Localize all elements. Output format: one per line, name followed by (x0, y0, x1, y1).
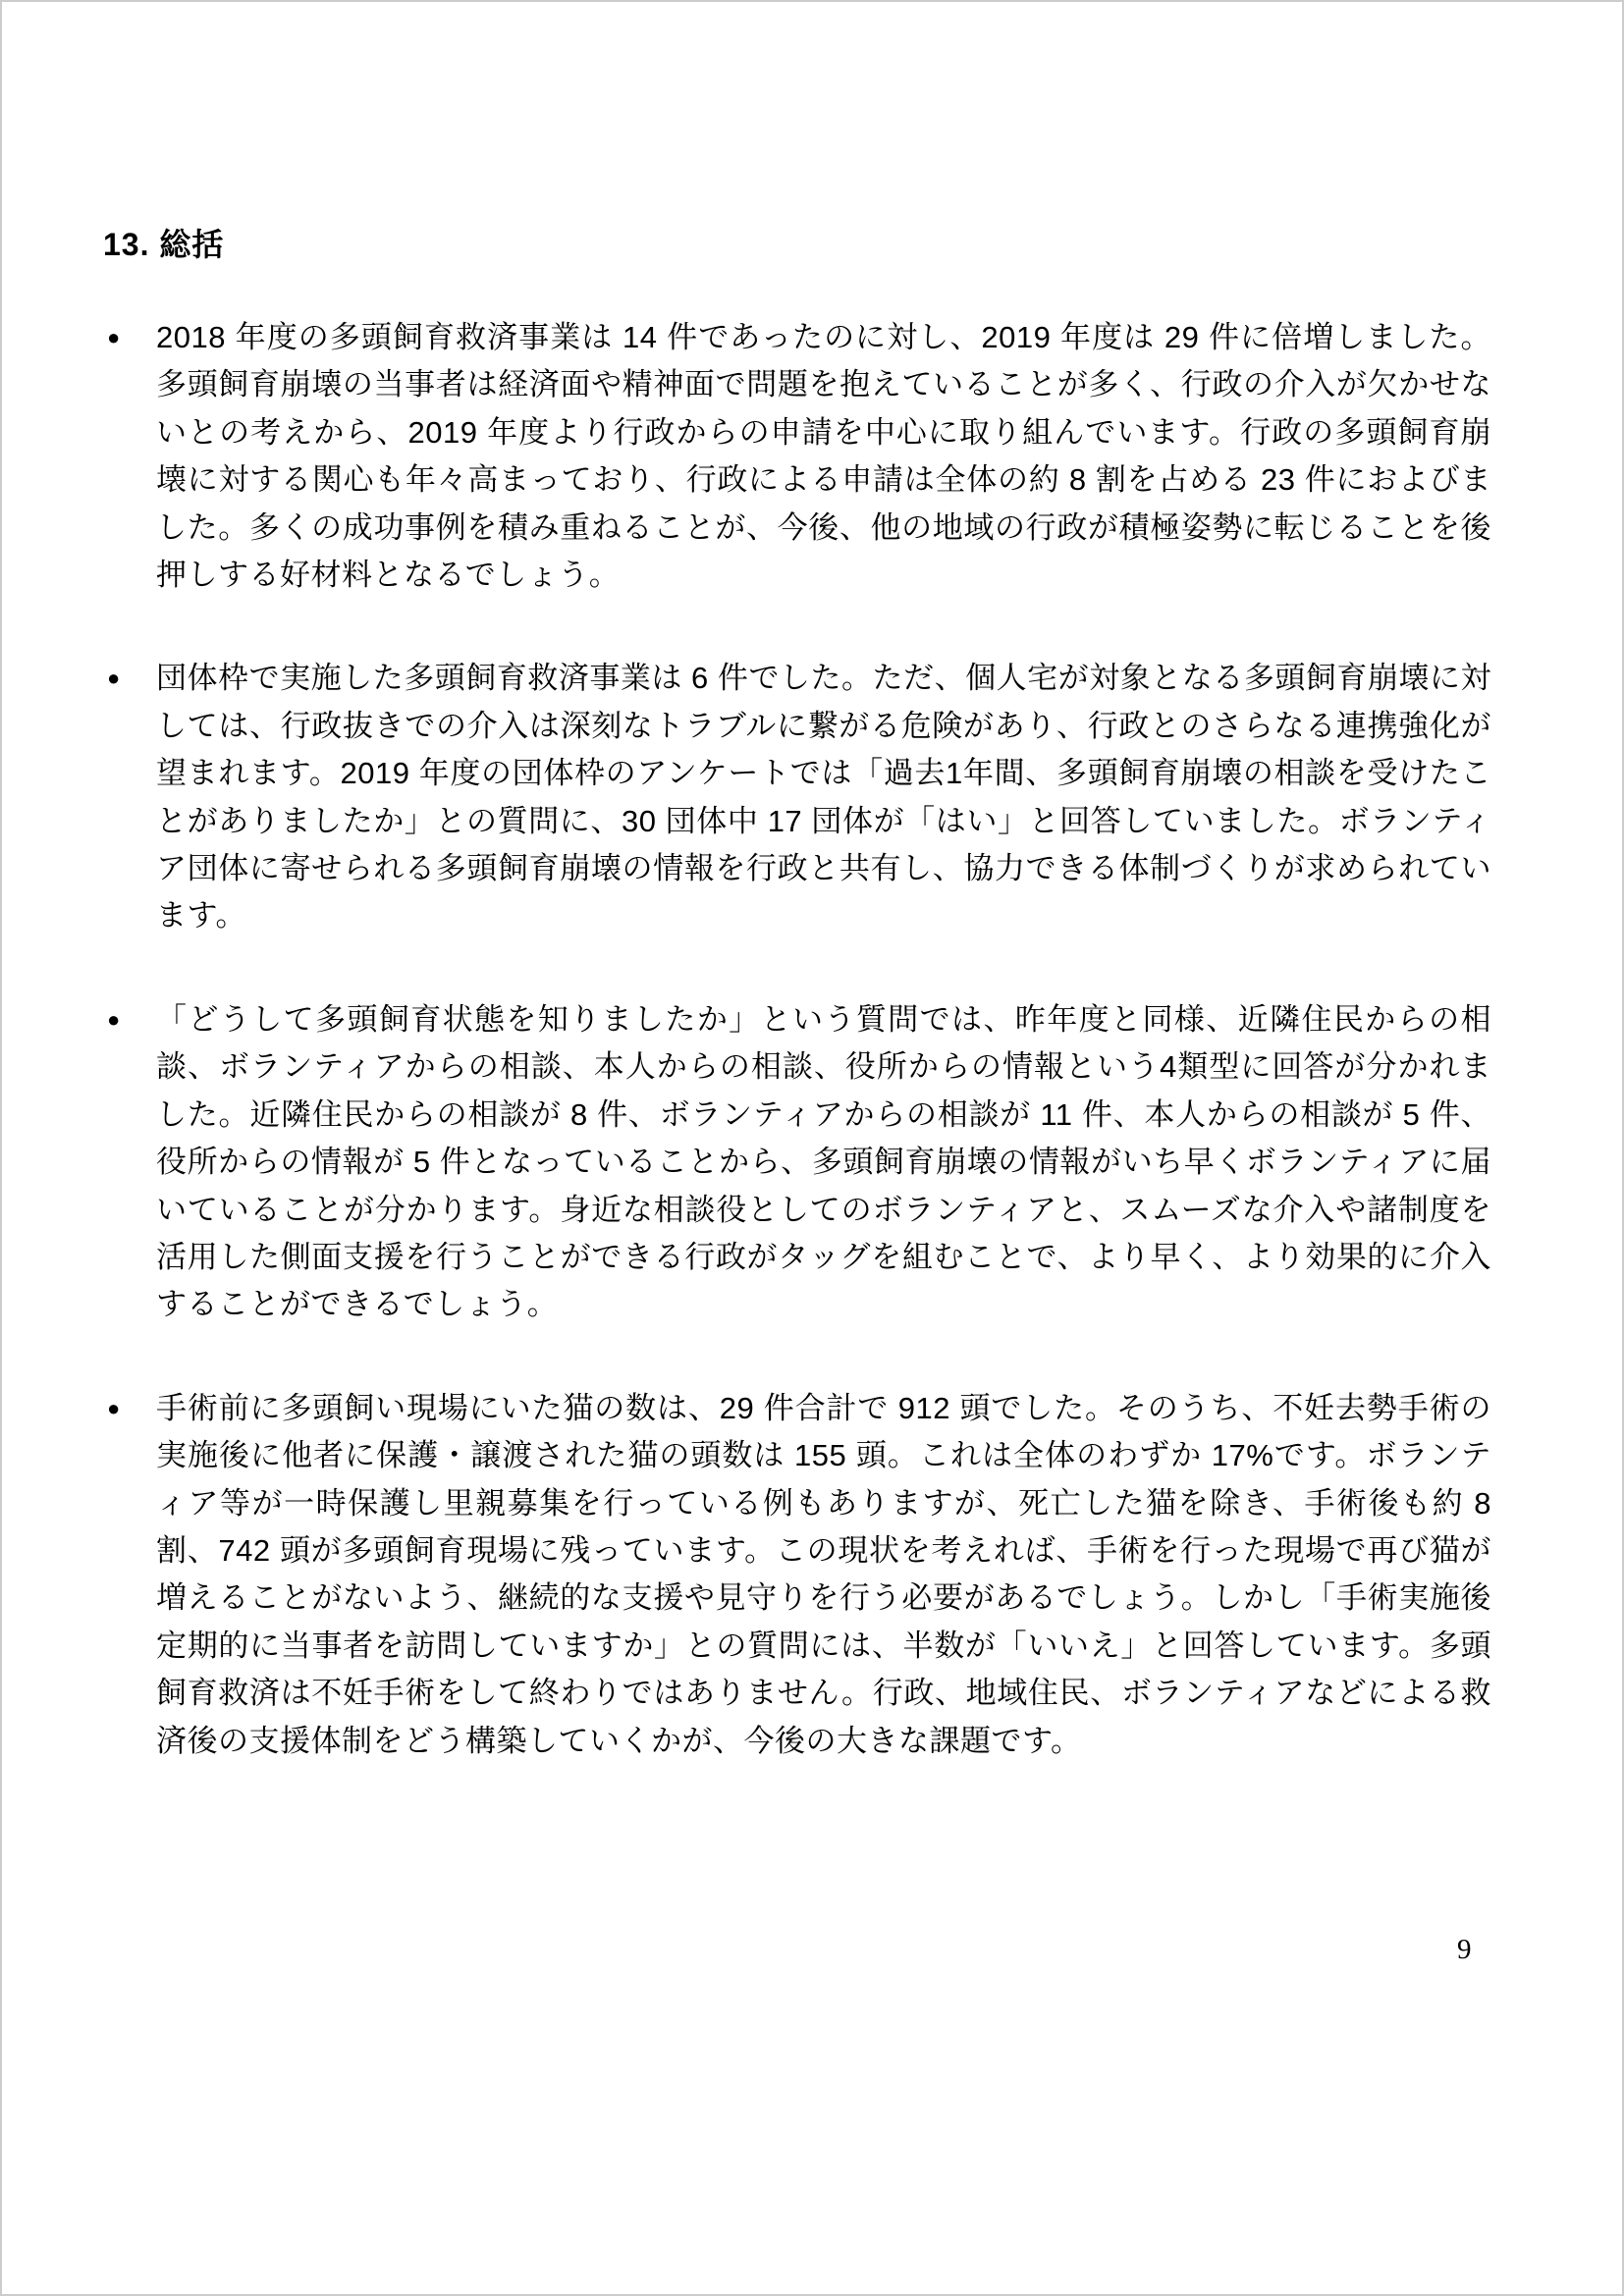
bullet-text: 手術前に多頭飼い現場にいた猫の数は、29 件合計で 912 頭でした。そのうち、… (156, 1385, 1491, 1765)
bullet-item: ● 手術前に多頭飼い現場にいた猫の数は、29 件合計で 912 頭でした。そのう… (103, 1385, 1491, 1765)
bullet-item: ● 2018 年度の多頭飼育救済事業は 14 件であったのに対し、2019 年度… (103, 314, 1491, 599)
bullet-item: ● 団体枠で実施した多頭飼育救済事業は 6 件でした。ただ、個人宅が対象となる多… (103, 655, 1491, 939)
document-page: 13. 総括 ● 2018 年度の多頭飼育救済事業は 14 件であったのに対し、… (0, 0, 1624, 2296)
bullet-text: 2018 年度の多頭飼育救済事業は 14 件であったのに対し、2019 年度は … (156, 314, 1491, 599)
bullet-item: ● 「どうして多頭飼育状態を知りましたか」という質問では、昨年度と同様、近隣住民… (103, 996, 1491, 1329)
section-heading: 13. 総括 (103, 220, 1491, 265)
bullet-marker-icon: ● (103, 314, 156, 361)
bullet-marker-icon: ● (103, 996, 156, 1043)
bullet-marker-icon: ● (103, 1385, 156, 1432)
page-content: 13. 総括 ● 2018 年度の多頭飼育救済事業は 14 件であったのに対し、… (103, 220, 1491, 1765)
bullet-text: 団体枠で実施した多頭飼育救済事業は 6 件でした。ただ、個人宅が対象となる多頭飼… (156, 655, 1491, 939)
bullet-list: ● 2018 年度の多頭飼育救済事業は 14 件であったのに対し、2019 年度… (103, 314, 1491, 1765)
bullet-text: 「どうして多頭飼育状態を知りましたか」という質問では、昨年度と同様、近隣住民から… (156, 996, 1491, 1329)
bullet-marker-icon: ● (103, 655, 156, 702)
page-number: 9 (1457, 1934, 1472, 1966)
